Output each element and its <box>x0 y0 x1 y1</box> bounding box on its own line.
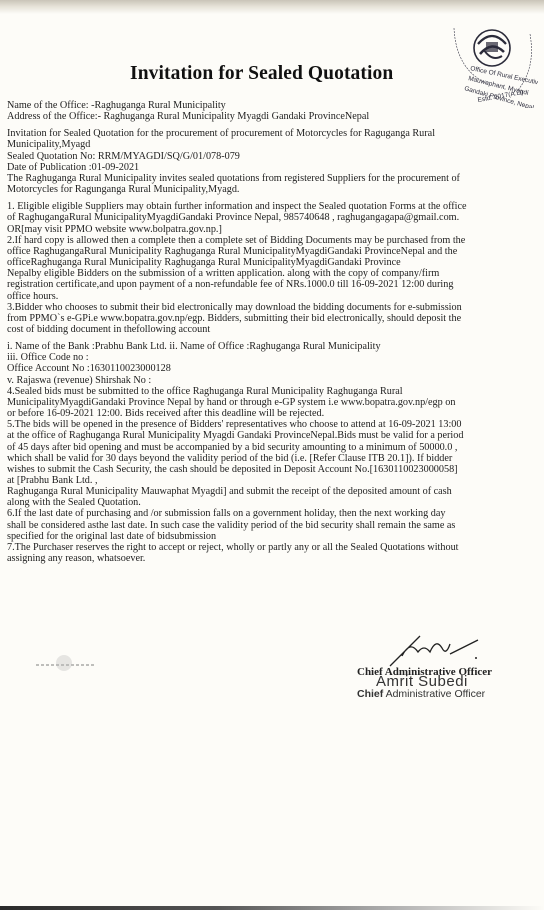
scan-bottom-edge <box>0 906 544 910</box>
intro-line: Invitation for Sealed Quotation for the … <box>7 128 537 139</box>
clause-line: OR[may visit PPMO website www.bolpatra.g… <box>7 224 537 235</box>
clause-line: 4.Sealed bids must be submitted to the o… <box>7 386 537 397</box>
clause-line: officeRaghuganga Rural Municipality Ragh… <box>7 257 537 268</box>
document-body: Name of the Office: -Raghuganga Rural Mu… <box>7 100 537 564</box>
clause-line: 7.The Purchaser reserves the right to ac… <box>7 542 537 553</box>
clause-line: at [Prabhu Bank Ltd. , <box>7 475 537 486</box>
clause-4: 4.Sealed bids must be submitted to the o… <box>7 386 537 419</box>
clause-line: 3.Bidder who chooses to submit their bid… <box>7 302 537 313</box>
clause-2: 2.If hard copy is allowed then a complet… <box>7 235 537 302</box>
clause-line: at the office of Raghuganga Rural Munici… <box>7 430 537 441</box>
clause-line: from PPMO`s e-GPi.e www.bopatra.gov.np/e… <box>7 313 537 324</box>
scan-top-shadow <box>0 0 544 14</box>
signature-block: Chief Administrative Officer Amrit Subed… <box>350 630 540 710</box>
office-seal-stamp-icon: Office Of Rural Executive Mauwaphant, My… <box>448 20 538 108</box>
quotation-number: Sealed Quotation No: RRM/MYAGDI/SQ/G/01/… <box>7 151 537 162</box>
faded-stamp-mark-icon <box>36 655 96 675</box>
bank-details: i. Name of the Bank :Prabhu Bank Ltd. ii… <box>7 341 537 386</box>
clause-line: or before 16-09-2021 12:00. Bids receive… <box>7 408 537 419</box>
office-code-line: iii. Office Code no : <box>7 352 537 363</box>
intro-line: Motorcycles for Ragunganga Rural Municip… <box>7 184 537 195</box>
clause-7: 7.The Purchaser reserves the right to ac… <box>7 542 537 564</box>
clause-line: office hours. <box>7 291 537 302</box>
office-account-line: Office Account No :1630110023000128 <box>7 363 537 374</box>
office-name: Name of the Office: -Raghuganga Rural Mu… <box>7 100 537 111</box>
clause-line: along with the Sealed Quotation. <box>7 497 537 508</box>
clause-6: 6.If the last date of purchasing and /or… <box>7 508 537 541</box>
clause-line: of 45 days after bid opening and must be… <box>7 442 537 453</box>
signature-scribble-icon <box>380 630 490 670</box>
office-address: Address of the Office:- Raghuganga Rural… <box>7 111 537 122</box>
document-page: Invitation for Sealed Quotation Office O… <box>0 0 544 910</box>
clause-line: Raghuganga Rural Municipality Mauwaphat … <box>7 486 537 497</box>
document-title: Invitation for Sealed Quotation <box>130 63 430 85</box>
revenue-shirshak-line: v. Rajaswa (revenue) Shirshak No : <box>7 375 537 386</box>
clause-line: Nepalby eligible Bidders on the submissi… <box>7 268 537 279</box>
clause-line: MunicipalityMyagdiGandaki Province Nepal… <box>7 397 537 408</box>
bank-name-line: i. Name of the Bank :Prabhu Bank Ltd. ii… <box>7 341 537 352</box>
clause-line: specified for the original last date of … <box>7 531 537 542</box>
clause-line: cost of bidding document in thefollowing… <box>7 324 537 335</box>
clause-line: of RaghugangaRural MunicipalityMyagdiGan… <box>7 212 537 223</box>
clause-line: 2.If hard copy is allowed then a complet… <box>7 235 537 246</box>
publication-date: Date of Publication :01-09-2021 <box>7 162 537 173</box>
intro-line: The Raghuganga Rural Municipality invite… <box>7 173 537 184</box>
clause-1: 1. Eligible eligible Suppliers may obtai… <box>7 201 537 234</box>
clause-3: 3.Bidder who chooses to submit their bid… <box>7 302 537 335</box>
clause-line: assigning any reason, whatsoever. <box>7 553 537 564</box>
stamp-title-rest: Administrative Officer <box>383 688 485 700</box>
clause-line: 5.The bids will be opened in the presenc… <box>7 419 537 430</box>
clause-line: shall be considered asthe last date. In … <box>7 520 537 531</box>
clause-line: office RaghugangaRural Municipality Ragh… <box>7 246 537 257</box>
stamp-title-bold: Chief <box>357 688 383 700</box>
signatory-title-stamp: Chief Administrative Officer <box>357 688 485 700</box>
clause-line: which shall be valid for 30 days beyond … <box>7 453 537 464</box>
intro-line: Municipality,Myagd <box>7 139 537 150</box>
clause-5: 5.The bids will be opened in the presenc… <box>7 419 537 508</box>
clause-line: 6.If the last date of purchasing and /or… <box>7 508 537 519</box>
clause-line: wishes to submit the Cash Security, the … <box>7 464 537 475</box>
clause-line: 1. Eligible eligible Suppliers may obtai… <box>7 201 537 212</box>
clause-line: registration certificate,and upon paymen… <box>7 279 537 290</box>
